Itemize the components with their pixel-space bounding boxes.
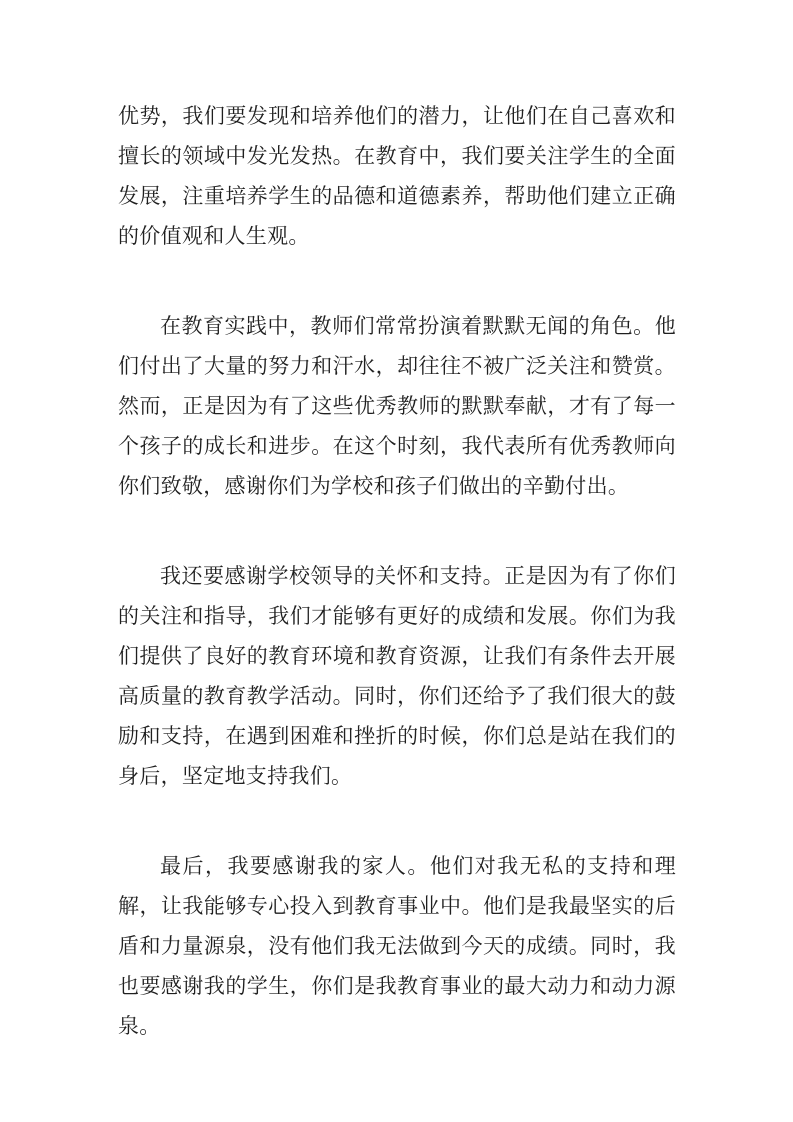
document-page: 优势，我们要发现和培养他们的潜力，让他们在自己喜欢和擅长的领域中发光发热。在教育… (0, 0, 793, 1122)
paragraph-3: 我还要感谢学校领导的关怀和支持。正是因为有了你们的关注和指导，我们才能够有更好的… (118, 556, 676, 796)
paragraph-4: 最后，我要感谢我的家人。他们对我无私的支持和理解，让我能够专心投入到教育事业中。… (118, 846, 676, 1046)
paragraph-1: 优势，我们要发现和培养他们的潜力，让他们在自己喜欢和擅长的领域中发光发热。在教育… (118, 96, 676, 256)
document-body-text: 优势，我们要发现和培养他们的潜力，让他们在自己喜欢和擅长的领域中发光发热。在教育… (118, 96, 676, 1046)
paragraph-2: 在教育实践中，教师们常常扮演着默默无闻的角色。他们付出了大量的努力和汗水，却往往… (118, 306, 676, 506)
